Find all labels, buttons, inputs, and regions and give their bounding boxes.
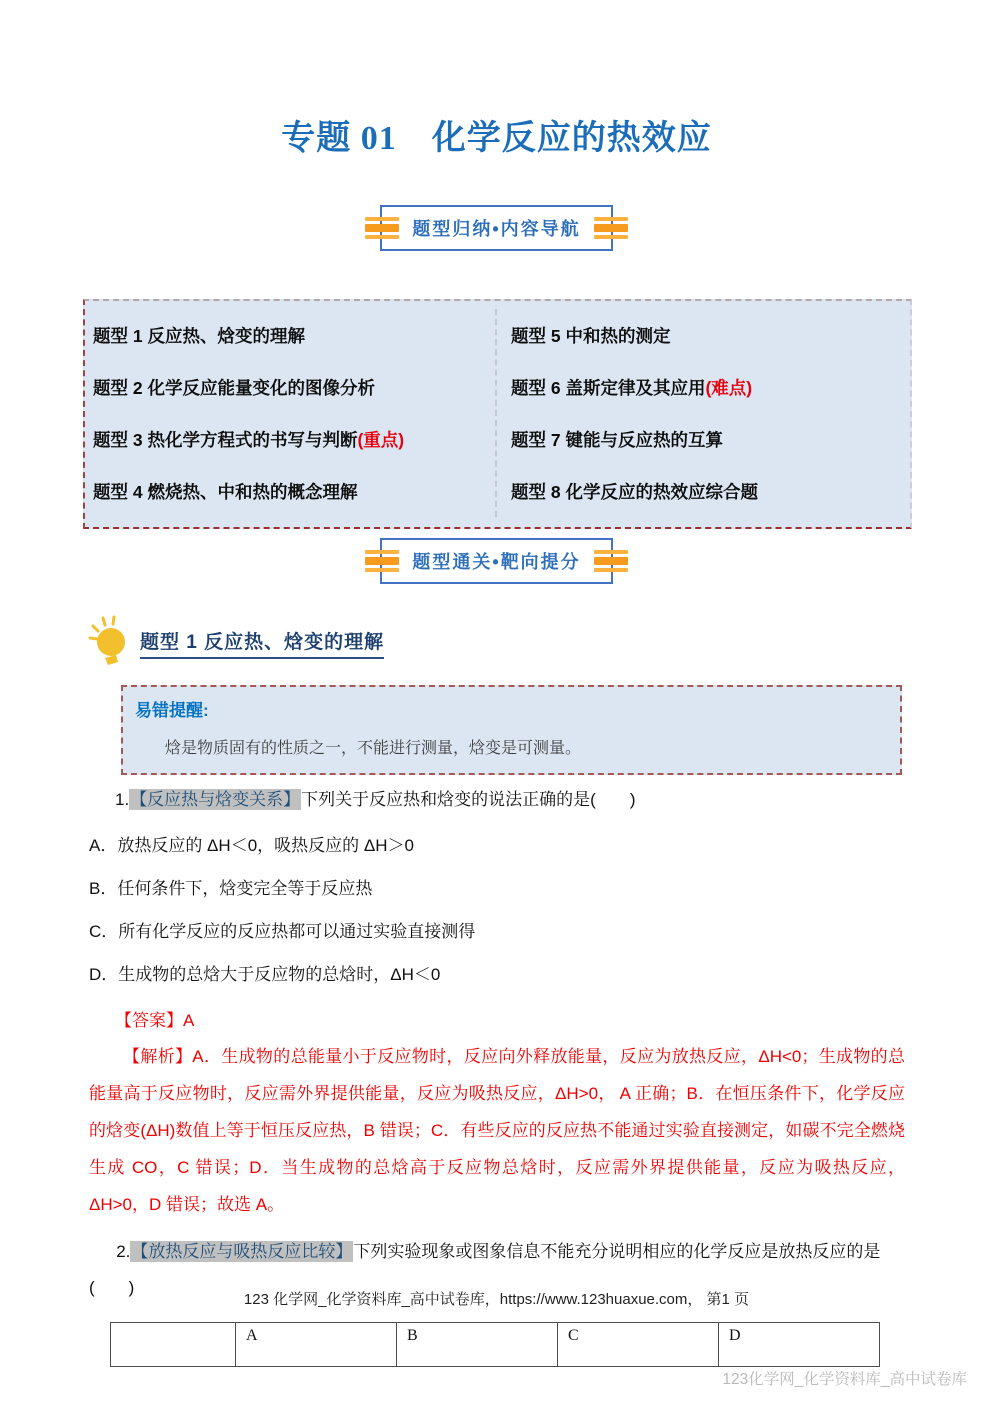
question1-analysis: 【解析】A．生成物的总能量小于反应物时，反应向外释放能量，反应为放热反应，ΔH<… <box>89 1038 905 1223</box>
type-nav-item-label: 题型 1 反应热、焓变的理解 <box>93 323 305 348</box>
table-cell-c: C <box>558 1322 719 1366</box>
question2-option-table: A B C D <box>110 1322 880 1367</box>
table-row: A B C D <box>111 1322 880 1366</box>
question2-stem-text: 下列实验现象或图象信息不能充分说明相应的化学反应是放热反应的是 <box>353 1242 880 1261</box>
section1-title: 题型 1 反应热、焓变的理解 <box>140 627 384 659</box>
type-nav-left-column: 题型 1 反应热、焓变的理解 题型 2 化学反应能量变化的图像分析 题型 3 热… <box>85 309 497 517</box>
tip-box-title: 易错提醒: <box>135 696 888 721</box>
triple-bars-icon <box>594 217 628 239</box>
page-footer: 123 化学网_化学资料库_高中试卷库，https://www.123huaxu… <box>0 1288 993 1309</box>
type-nav-right-column: 题型 5 中和热的测定 题型 6 盖斯定律及其应用(难点) 题型 7 键能与反应… <box>497 309 910 517</box>
table-cell-a: A <box>236 1322 397 1366</box>
question1-stem: 1.【反应热与焓变关系】下列关于反应热和焓变的说法正确的是( ) <box>89 788 905 813</box>
question1-option-b: B．任何条件下，焓变完全等于反应热 <box>89 874 905 899</box>
type-nav-item-3: 题型 3 热化学方程式的书写与判断(重点) <box>85 413 495 465</box>
type-nav-item-5: 题型 5 中和热的测定 <box>503 309 910 361</box>
type-nav-item-tag: (难点) <box>705 375 752 400</box>
question1-topic-tag: 【反应热与焓变关系】 <box>129 789 301 810</box>
watermark-text: 123化学网_化学资料库_高中试卷库 <box>722 1367 967 1389</box>
type-nav-item-label: 题型 5 中和热的测定 <box>511 323 670 348</box>
banner-type-practice-label: 题型通关•靶向提分 <box>412 552 580 572</box>
type-nav-item-label: 题型 8 化学反应的热效应综合题 <box>511 479 758 504</box>
tip-box-body: 焓是物质固有的性质之一，不能进行测量，焓变是可测量。 <box>135 735 888 758</box>
question2-stem: 2.【放热反应与吸热反应比较】下列实验现象或图象信息不能充分说明相应的化学反应是… <box>89 1234 905 1270</box>
section1-header: 题型 1 反应热、焓变的理解 <box>86 614 993 671</box>
question2-number: 2. <box>116 1242 130 1261</box>
type-nav-item-6: 题型 6 盖斯定律及其应用(难点) <box>503 361 910 413</box>
question1-option-c: C．所有化学反应的反应热都可以通过实验直接测得 <box>89 917 905 942</box>
lightbulb-icon <box>86 614 130 671</box>
type-nav-item-label: 题型 7 键能与反应热的互算 <box>511 427 723 452</box>
triple-bars-icon <box>365 217 399 239</box>
type-nav-item-1: 题型 1 反应热、焓变的理解 <box>85 309 495 361</box>
table-cell-b: B <box>397 1322 558 1366</box>
question1-option-a: A．放热反应的 ΔH＜0，吸热反应的 ΔH＞0 <box>89 831 905 856</box>
type-nav-item-8: 题型 8 化学反应的热效应综合题 <box>503 465 910 517</box>
triple-bars-icon <box>365 550 399 572</box>
question2-topic-tag: 【放热反应与吸热反应比较】 <box>130 1241 353 1262</box>
type-nav-item-tag: (重点) <box>357 427 404 452</box>
banner-type-summary-label: 题型归纳•内容导航 <box>412 219 580 239</box>
banner-type-summary: 题型归纳•内容导航 <box>380 205 612 251</box>
page-title: 专题 01 化学反应的热效应 <box>0 0 993 159</box>
type-nav-item-4: 题型 4 燃烧热、中和热的概念理解 <box>85 465 495 517</box>
question1-stem-text: 下列关于反应热和焓变的说法正确的是( ) <box>301 790 635 809</box>
question1-option-d: D．生成物的总焓大于反应物的总焓时，ΔH＜0 <box>89 960 905 985</box>
type-nav-item-label: 题型 3 热化学方程式的书写与判断 <box>93 427 357 452</box>
type-nav-item-label: 题型 4 燃烧热、中和热的概念理解 <box>93 479 357 504</box>
type-nav-item-7: 题型 7 键能与反应热的互算 <box>503 413 910 465</box>
banner-type-practice: 题型通关•靶向提分 <box>380 538 612 584</box>
question1-number: 1. <box>115 790 129 809</box>
question-area: 1.【反应热与焓变关系】下列关于反应热和焓变的说法正确的是( ) A．放热反应的… <box>89 788 905 1367</box>
type-nav-item-label: 题型 6 盖斯定律及其应用 <box>511 375 705 400</box>
table-cell-blank <box>111 1322 236 1366</box>
question1-answer-line: 【答案】A <box>89 1006 905 1031</box>
answer-label: 【答案】 <box>115 1011 183 1030</box>
triple-bars-icon <box>594 550 628 572</box>
type-nav-item-2: 题型 2 化学反应能量变化的图像分析 <box>85 361 495 413</box>
table-cell-d: D <box>719 1322 880 1366</box>
answer-value: A <box>183 1011 194 1030</box>
tip-box: 易错提醒: 焓是物质固有的性质之一，不能进行测量，焓变是可测量。 <box>121 685 902 775</box>
type-nav-box: 题型 1 反应热、焓变的理解 题型 2 化学反应能量变化的图像分析 题型 3 热… <box>83 299 912 529</box>
type-nav-item-label: 题型 2 化学反应能量变化的图像分析 <box>93 375 375 400</box>
